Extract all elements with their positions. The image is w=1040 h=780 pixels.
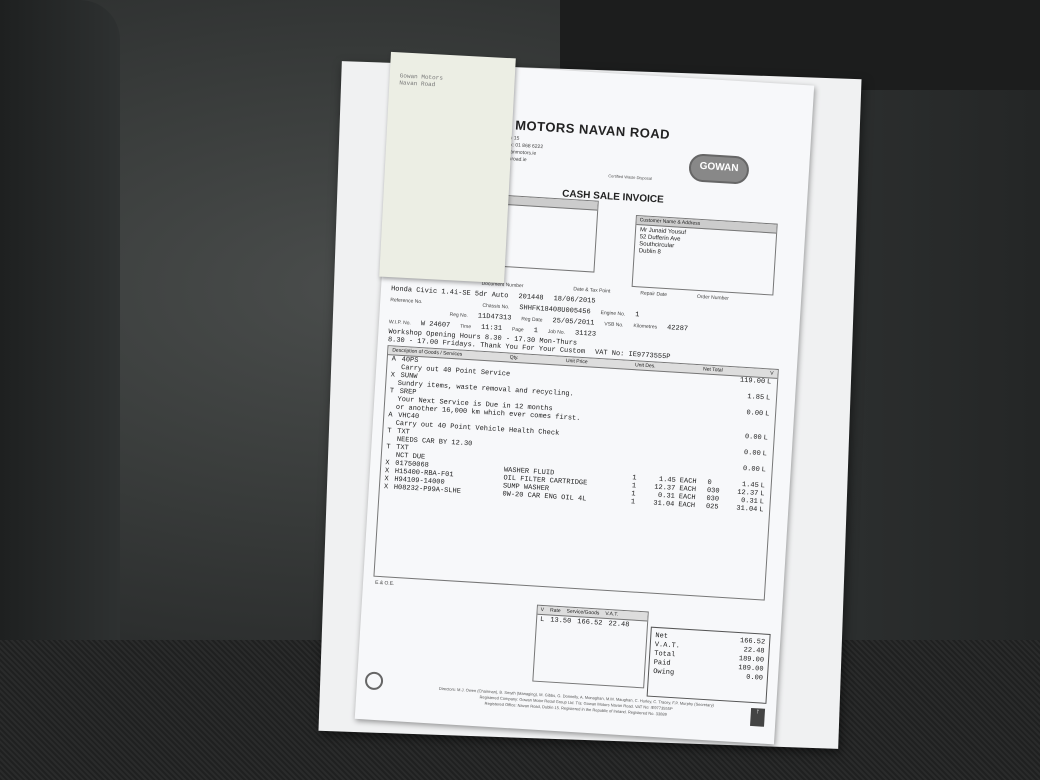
date-tax-point-label: Date & Tax Point [573, 286, 610, 294]
date-tax-point: 18/06/2015 [553, 295, 595, 306]
wip-no: W 24607 [421, 320, 451, 330]
total-label: Owing [653, 668, 675, 678]
job-no: 31123 [575, 330, 596, 339]
header-qty: Qty. [509, 355, 518, 362]
header-unit-des: Unit Des. [635, 362, 656, 369]
reference-no-label: Reference No. [390, 297, 423, 305]
chassis-no-label: Chassis No. [482, 303, 509, 311]
header-unit-price: Unit Price [566, 358, 588, 365]
items-table: Description of Goods / Services Qty. Uni… [373, 345, 778, 600]
reg-no-label: Reg No. [449, 312, 468, 319]
reg-date: 25/05/2011 [552, 317, 594, 328]
eoe-note: E.& O.E. [375, 580, 395, 587]
order-number-label: Order Number [697, 294, 729, 302]
time: 11:31 [481, 324, 502, 333]
vat-amount: 22.48 [605, 619, 633, 631]
reg-no: 11D47313 [478, 313, 512, 323]
logo-text: GOWAN [699, 161, 738, 174]
item-net: 31.04 [725, 504, 757, 514]
header-v: V [770, 370, 774, 376]
item-code: 025 [706, 503, 726, 512]
repair-date-label: Repair Date [640, 290, 667, 298]
chassis-no: SHHFK18408U005456 [519, 304, 591, 316]
page-label: Page [512, 327, 524, 334]
vat-header-vat: V.A.T. [602, 610, 621, 619]
till-receipt: Gowan Motors Navan Road [379, 52, 516, 283]
item-rows: A40PS119.00LCarry out 40 Point ServiceXS… [380, 355, 778, 515]
engine-no: 1 [635, 311, 640, 319]
vat-summary-table: V Rate Service/Goods V.A.T. L 13.50 166.… [532, 605, 648, 689]
item-v: L [757, 506, 765, 514]
kilometres-label: Kilometres [633, 323, 657, 330]
car-seat-bolster-left [0, 0, 120, 700]
simi-mark-icon: ↑ [750, 708, 765, 727]
gowan-group-logo-icon [365, 671, 384, 690]
vsb-no-label: VSB No. [604, 321, 624, 328]
total-value: 0.00 [746, 674, 763, 684]
vat-header-v: V [537, 606, 547, 615]
kilometres: 42287 [667, 324, 688, 333]
document-number: 201448 [518, 293, 544, 303]
item-v: L [760, 450, 768, 458]
time-label: Time [460, 323, 471, 330]
totals-box: Net166.52 V.A.T.22.48 Total189.00 Paid18… [647, 627, 771, 704]
item-code [708, 463, 728, 472]
vat-header-rate: Rate [547, 606, 564, 615]
wip-no-label: W.I.P. No. [389, 319, 411, 326]
reg-date-label: Reg Date [521, 316, 542, 323]
item-flag: X [384, 483, 394, 492]
item-price: 31.04 [644, 499, 674, 509]
item-qty: 1 [631, 498, 645, 507]
vat-code: L [537, 615, 548, 626]
header-net-total: Net Total [703, 366, 723, 373]
vat-rate: 13.50 [547, 615, 575, 627]
page-number: 1 [533, 327, 538, 335]
engine-no-label: Engine No. [600, 310, 625, 317]
item-unit: EACH [674, 501, 706, 511]
item-v: L [759, 466, 767, 474]
vat-service-goods: 166.52 [574, 617, 606, 629]
job-no-label: Job No. [548, 329, 566, 336]
